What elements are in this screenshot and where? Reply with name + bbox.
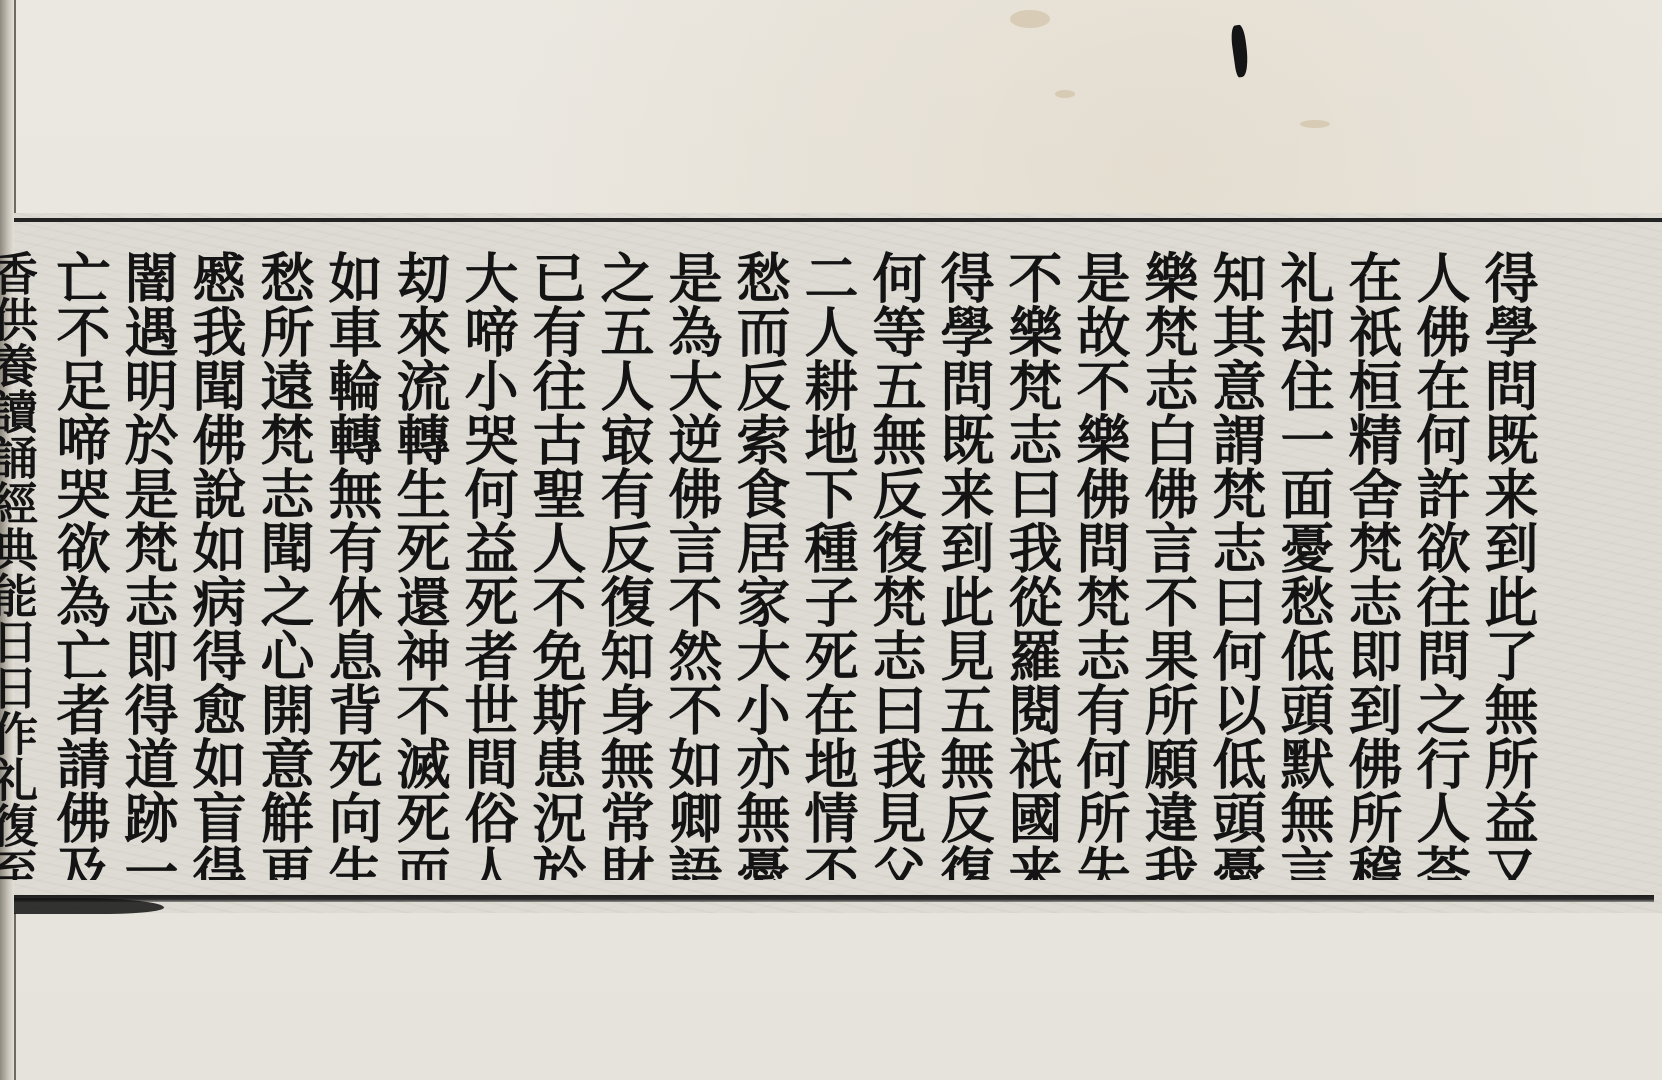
text-column-15: 已有往古聖人不免斯患況於凡夫 [522, 250, 590, 880]
text-column-23: 香供養讀誦經典能日日作礼復至 [0, 250, 46, 880]
text-column-6: 樂梵志白佛言不果所願違我本心 [1134, 250, 1202, 880]
text-column-11: 二人耕地下種子死在地情不憂 [794, 250, 862, 880]
bottom-border-rule [14, 895, 1654, 902]
text-column-17: 刧來流轉生死還神不滅死而復生 [386, 250, 454, 880]
text-column-19: 愁所遠梵志聞之心開意觧更无憂 [250, 250, 318, 880]
text-columns: 得學問既来到此了無所益又問行 人佛在何許欲往問之行人荅曰近 在祇桓精舍梵志即到佛… [0, 250, 1542, 880]
text-column-14: 之五人㝡有反復知身無常財非 [590, 250, 658, 880]
text-column-12: 愁而反索食居家大小亦無憂愁 [726, 250, 794, 880]
paper-stain [1300, 120, 1330, 128]
text-column-16: 大啼小哭何益死者世間俗人无數 [454, 250, 522, 880]
top-border-rule [14, 218, 1662, 222]
text-column-20: 慼我聞佛說如病得愈如盲得視如 [182, 250, 250, 880]
text-column-8: 不樂梵志曰我從羅閱祇國来欲 [998, 250, 1066, 880]
ink-blot [1229, 24, 1250, 77]
scanned-page: 五無反復經 第二張 無 亮 得學問既来到此了無所益又問行 人佛在何許欲往問之行人… [0, 0, 1662, 1080]
text-column-10: 何等五無反復梵志曰我見父子 [862, 250, 930, 880]
text-column-1: 得學問既来到此了無所益又問行 [1474, 250, 1542, 880]
text-column-3: 在祇桓精舍梵志即到佛所稽首作 [1338, 250, 1406, 880]
text-column-21: 闇遇明於是梵志即得道跡一切死 [114, 250, 182, 880]
paper-stain [1055, 90, 1075, 98]
text-column-5: 知其意謂梵志曰何以低頭憂愁不 [1202, 250, 1270, 880]
ink-smear [14, 898, 164, 914]
text-column-4: 礼却住一面憂愁低頭默無言說佛 [1270, 250, 1338, 880]
paper-stain [1010, 10, 1050, 28]
text-column-13: 是為大逆佛言不然不如卿語此 [658, 250, 726, 880]
text-column-2: 人佛在何許欲往問之行人荅曰近 [1406, 250, 1474, 880]
text-column-9: 得學問既来到此見五無反復佛言 [930, 250, 998, 880]
text-column-7: 是故不樂佛問梵志有何所失憂愁 [1066, 250, 1134, 880]
text-column-18: 如車輪轉無有休息背死向生非憂 [318, 250, 386, 880]
text-column-22: 亡不足啼哭欲為亡者請佛及僧燒 [46, 250, 114, 880]
